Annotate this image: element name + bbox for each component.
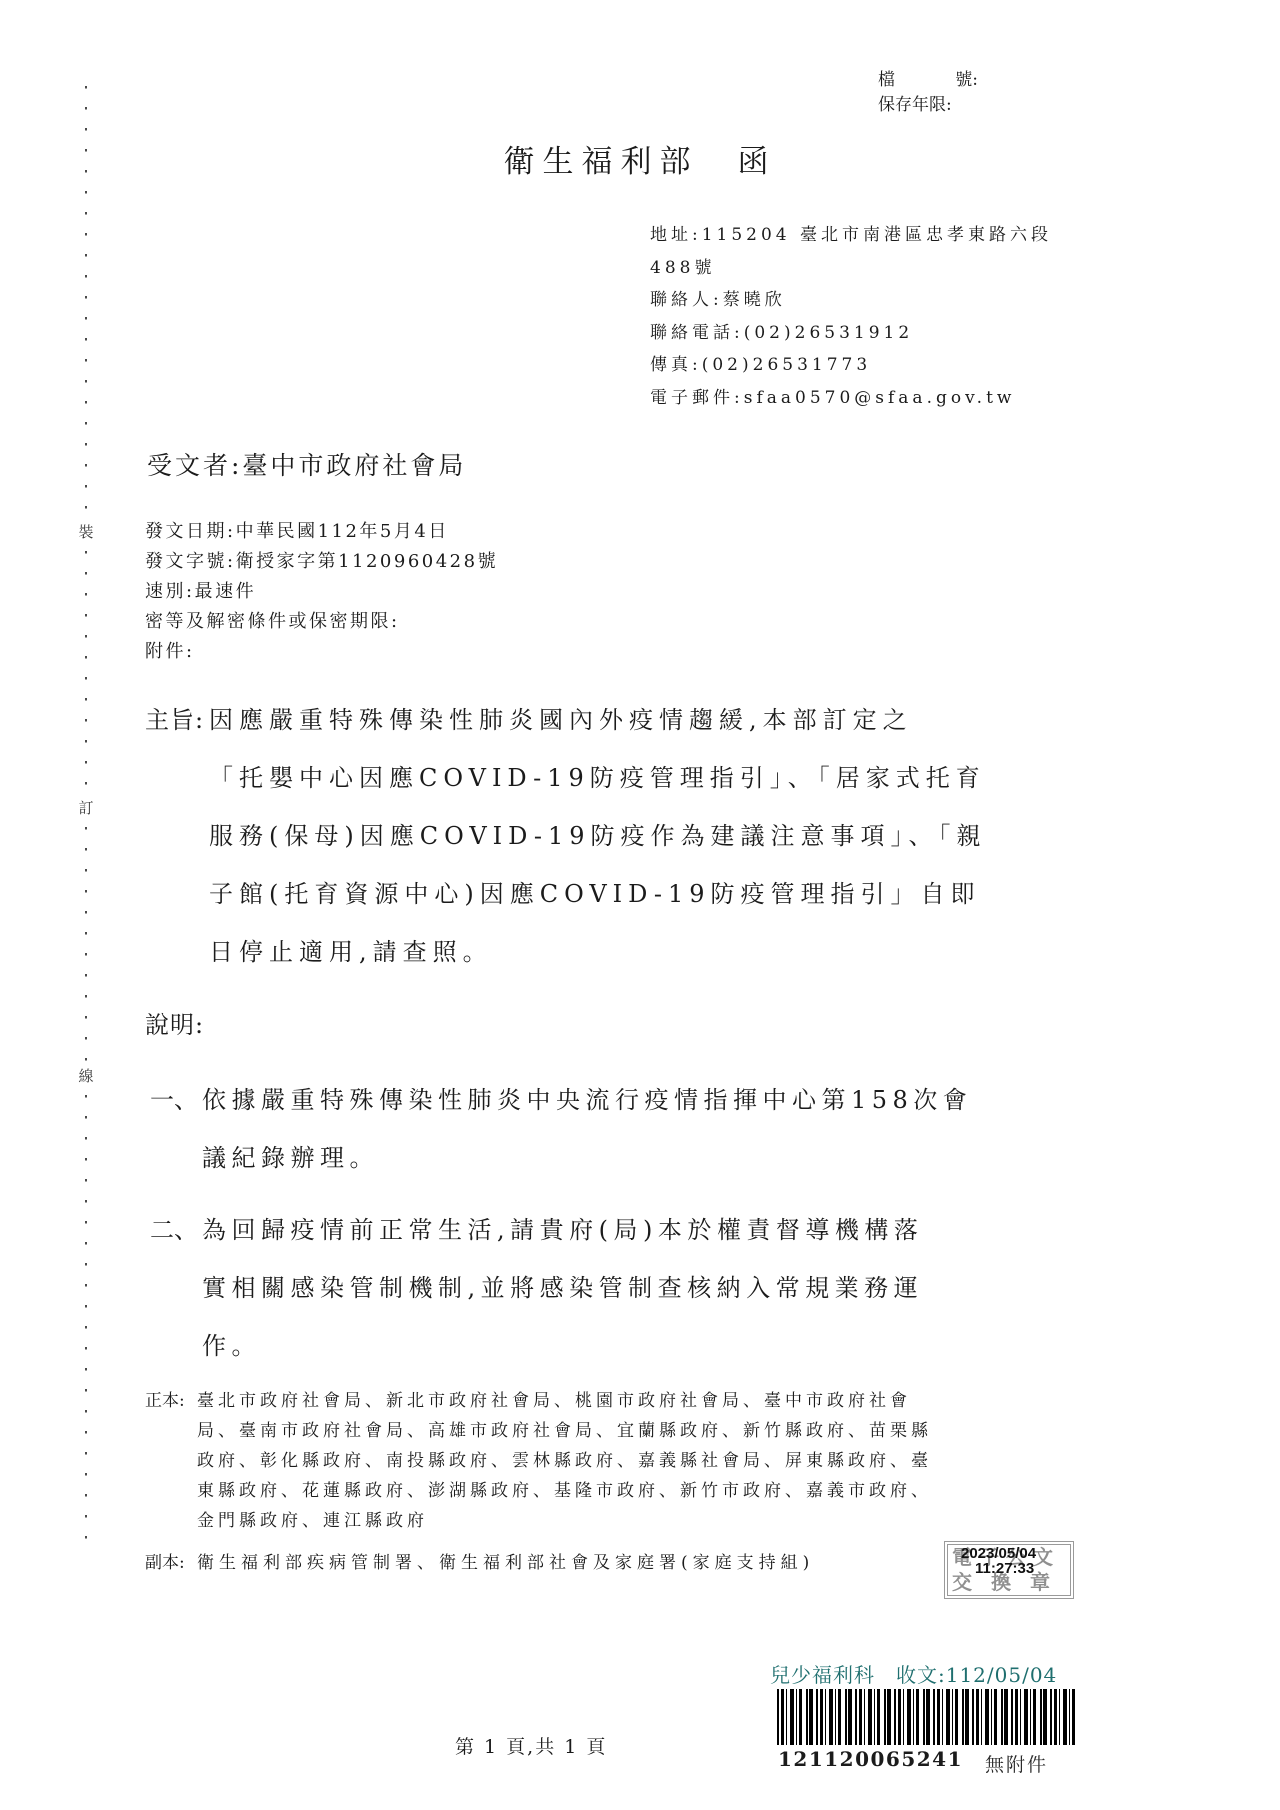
explanation-label: 說明: (145, 1005, 204, 1040)
subject-line: 子館(托育資源中心)因應COVID-19防疫管理指引」自即 (209, 865, 1009, 923)
page-number-footer: 第 1 頁,共 1 頁 (455, 1732, 607, 1759)
sender-address-line2: 488號 (650, 252, 1052, 285)
original-recipients-line: 局、臺南市政府社會局、高雄市政府社會局、宜蘭縣政府、新竹縣政府、苗栗縣 (197, 1416, 1007, 1446)
file-number-row: 檔 號: (878, 68, 978, 93)
binding-mark-zhuang: 裝 (74, 521, 98, 542)
retention-label: 保存年限: (878, 93, 978, 118)
issuance-meta-block: 發文日期:中華民國112年5月4日 發文字號:衛授家字第1120960428號 … (145, 517, 498, 667)
binding-dotted-line (85, 827, 87, 1062)
explanation-item-1: 一、 依據嚴重特殊傳染性肺炎中央流行疫情指揮中心第158次會 議紀錄辦理。 (150, 1071, 1002, 1187)
original-recipients-line: 臺北市政府社會局、新北市政府社會局、桃園市政府社會局、臺中市政府社會 (197, 1386, 1007, 1416)
receiving-department-line: 兒少福利科 收文:112/05/04 (770, 1659, 1057, 1688)
security-classification: 密等及解密條件或保密期限: (145, 607, 498, 637)
explanation-line: 實相關感染管制機制,並將感染管制查核納入常規業務運 (202, 1259, 1002, 1317)
official-document-page: 裝 訂 線 檔 號: 保存年限: 衛生福利部 函 地址:115204 臺北市南港… (0, 0, 1280, 1810)
document-title: 衛生福利部 函 (0, 136, 1280, 181)
sender-email: 電子郵件:sfaa0570@sfaa.gov.tw (650, 382, 1052, 415)
issue-doc-number: 發文字號:衛授家字第1120960428號 (145, 547, 498, 577)
subject-label: 主旨: (145, 691, 204, 749)
explanation-item-2: 二、 為回歸疫情前正常生活,請貴府(局)本於權責督導機構落 實相關感染管制機制,… (150, 1201, 1002, 1375)
binding-mark-xian: 線 (74, 1065, 98, 1086)
file-number-label-left: 檔 (878, 68, 895, 93)
explanation-line: 作。 (202, 1317, 1002, 1375)
issue-date: 發文日期:中華民國112年5月4日 (145, 517, 498, 547)
explanation-item-text: 依據嚴重特殊傳染性肺炎中央流行疫情指揮中心第158次會 議紀錄辦理。 (202, 1071, 1002, 1187)
sender-address-line1: 地址:115204 臺北市南港區忠孝東路六段 (650, 219, 1052, 252)
stamp-time: 11:27:33 (975, 1560, 1034, 1577)
attachment-field: 附件: (145, 637, 498, 667)
explanation-line: 議紀錄辦理。 (202, 1129, 1002, 1187)
explanation-item-number: 二、 (150, 1201, 198, 1259)
copy-recipients-section: 副本: 衛生福利部疾病管制署、衛生福利部社會及家庭署(家庭支持組) (145, 1548, 957, 1578)
sender-fax: 傳真:(02)26531773 (650, 349, 1052, 382)
original-recipients-line: 東縣政府、花蓮縣政府、澎湖縣政府、基隆市政府、新竹市政府、嘉義市政府、 (197, 1476, 1007, 1506)
no-attachment-note: 無附件 (985, 1750, 1048, 1777)
recipient-line: 受文者:臺中市政府社會局 (147, 446, 466, 482)
explanation-line: 依據嚴重特殊傳染性肺炎中央流行疫情指揮中心第158次會 (202, 1071, 1002, 1129)
subject-line: 服務(保母)因應COVID-19防疫作為建議注意事項」、「親 (209, 807, 1009, 865)
copy-recipients-label: 副本: (145, 1548, 185, 1578)
subject-line: 因應嚴重特殊傳染性肺炎國內外疫情趨緩,本部訂定之 (209, 691, 1009, 749)
copy-recipients-text: 衛生福利部疾病管制署、衛生福利部社會及家庭署(家庭支持組) (197, 1548, 957, 1578)
original-recipients-label: 正本: (145, 1386, 185, 1416)
subject-section: 主旨: 因應嚴重特殊傳染性肺炎國內外疫情趨緩,本部訂定之 「托嬰中心因應COVI… (145, 691, 1009, 981)
explanation-item-number: 一、 (150, 1071, 198, 1129)
binding-mark-ding: 訂 (74, 797, 98, 818)
barcode (777, 1689, 1075, 1745)
archive-label-block: 檔 號: 保存年限: (878, 68, 978, 118)
original-recipients-section: 正本: 臺北市政府社會局、新北市政府社會局、桃園市政府社會局、臺中市政府社會 局… (145, 1386, 1007, 1536)
stamp-content: 電子公文 交換章 2023/05/04 11:27:33 (948, 1545, 1070, 1595)
subject-line: 「托嬰中心因應COVID-19防疫管理指引」、「居家式托育 (209, 749, 1009, 807)
subject-line: 日停止適用,請查照。 (209, 923, 1009, 981)
sender-contact-person: 聯絡人:蔡曉欣 (650, 284, 1052, 317)
original-recipients-line: 政府、彰化縣政府、南投縣政府、雲林縣政府、嘉義縣社會局、屏東縣政府、臺 (197, 1446, 1007, 1476)
binding-dotted-line (85, 551, 87, 794)
original-recipients-line: 金門縣政府、連江縣政府 (197, 1506, 1007, 1536)
file-number-label-right: 號: (955, 68, 978, 93)
sender-phone: 聯絡電話:(02)26531912 (650, 317, 1052, 350)
explanation-item-text: 為回歸疫情前正常生活,請貴府(局)本於權責督導機構落 實相關感染管制機制,並將感… (202, 1201, 1002, 1375)
subject-text: 因應嚴重特殊傳染性肺炎國內外疫情趨緩,本部訂定之 「托嬰中心因應COVID-19… (209, 691, 1009, 981)
speed-level: 速別:最速件 (145, 577, 498, 607)
barcode-number: 121120065241 (778, 1747, 963, 1771)
original-recipients-text: 臺北市政府社會局、新北市政府社會局、桃園市政府社會局、臺中市政府社會 局、臺南市… (197, 1386, 1007, 1536)
explanation-line: 為回歸疫情前正常生活,請貴府(局)本於權責督導機構落 (202, 1201, 1002, 1259)
electronic-exchange-stamp: 電子公文 交換章 2023/05/04 11:27:33 (944, 1541, 1074, 1599)
sender-contact-block: 地址:115204 臺北市南港區忠孝東路六段 488號 聯絡人:蔡曉欣 聯絡電話… (650, 219, 1052, 414)
binding-dotted-line (85, 1095, 87, 1556)
